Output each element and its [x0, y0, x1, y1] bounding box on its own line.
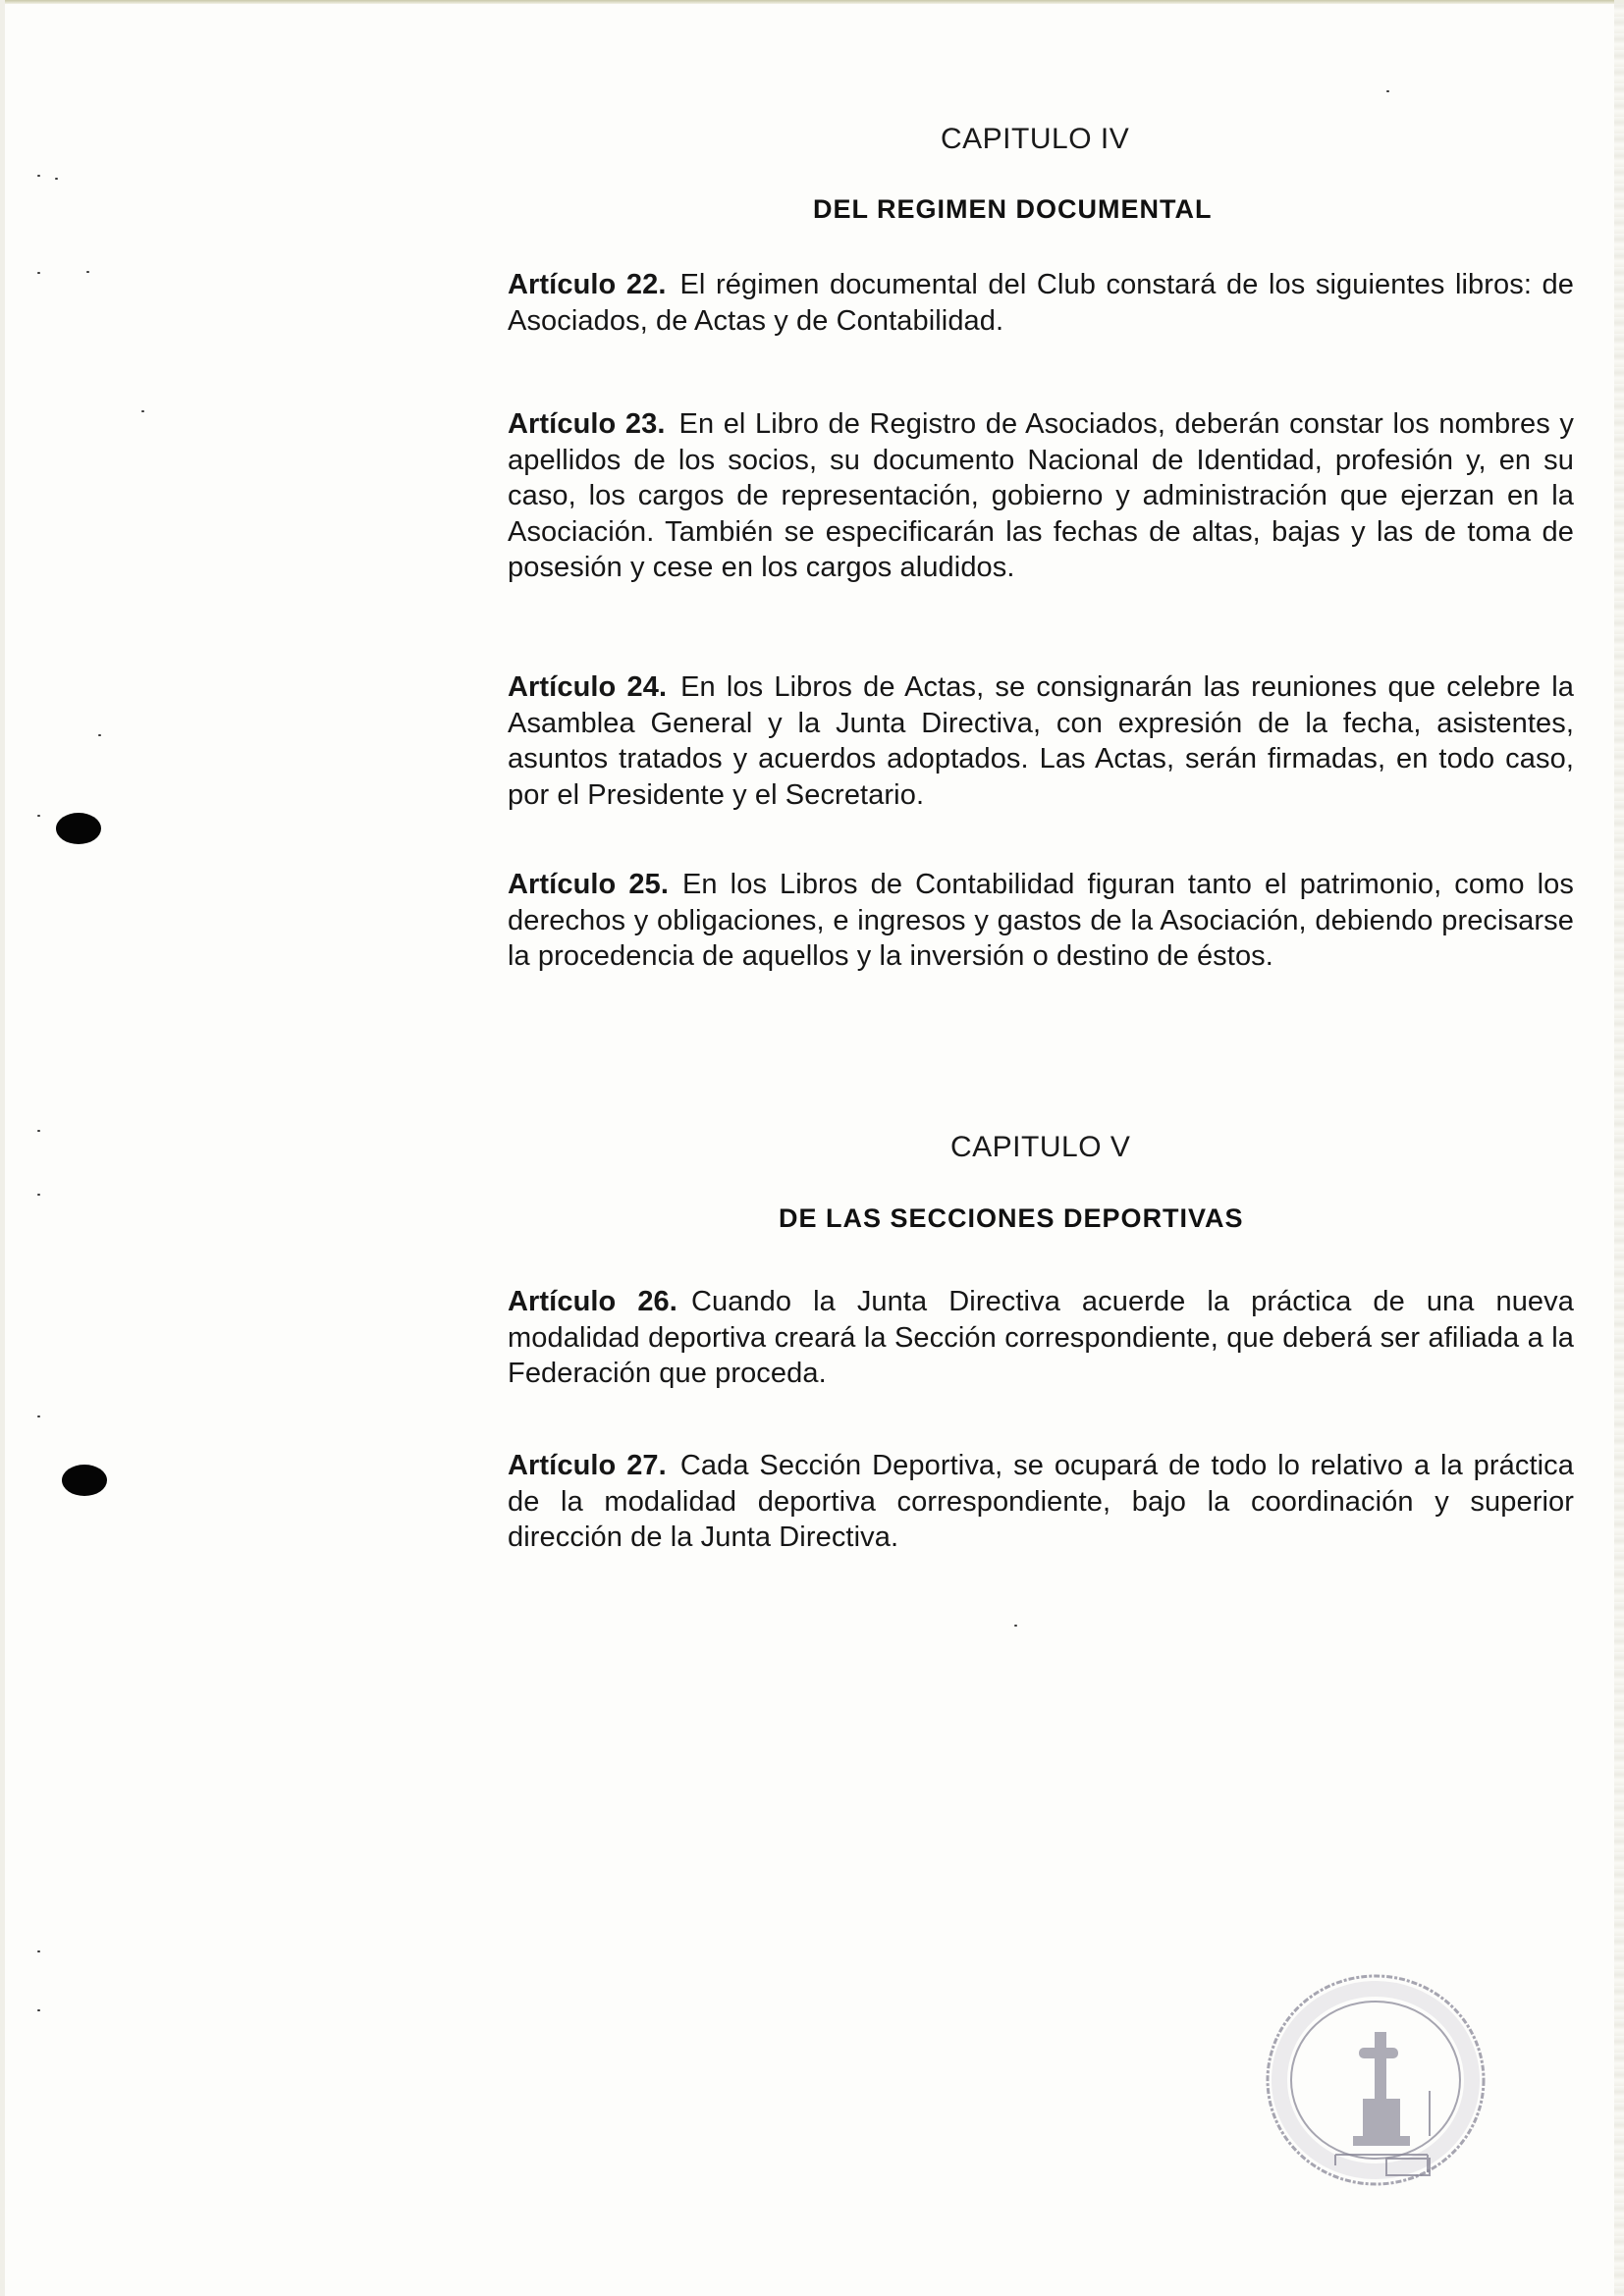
scan-speck: [141, 410, 144, 412]
article-25: Artículo 25.En los Libros de Contabilida…: [508, 867, 1574, 975]
scan-speck: [37, 1950, 40, 1952]
scan-speck: [37, 272, 40, 274]
scan-right-edge: [1614, 0, 1624, 2296]
chapter-title: DE LAS SECCIONES DEPORTIVAS: [779, 1203, 1244, 1234]
chapter-heading: CAPITULO V: [950, 1131, 1130, 1164]
scan-speck: [37, 2009, 40, 2011]
scan-speck: [55, 178, 58, 180]
article-text: Cada Sección Deportiva, se ocupará de to…: [508, 1450, 1574, 1553]
article-24: Artículo 24.En los Libros de Actas, se c…: [508, 669, 1574, 813]
article-label: Artículo 23.: [508, 408, 666, 440]
article-text: En el Libro de Registro de Asociados, de…: [508, 408, 1574, 583]
scan-speck: [98, 734, 101, 736]
scan-speck: [37, 175, 40, 177]
scan-left-border: [0, 0, 5, 2296]
article-label: Artículo 24.: [508, 671, 667, 703]
punch-hole-upper: [56, 813, 101, 844]
scan-speck: [86, 271, 89, 273]
club-seal-stamp: [1247, 1961, 1496, 2197]
scan-speck: [37, 815, 40, 817]
chapter-heading: CAPITULO IV: [941, 123, 1129, 156]
punch-hole-lower: [62, 1465, 107, 1496]
scan-top-edge: [0, 0, 1624, 4]
scanned-page: CAPITULO IV DEL REGIMEN DOCUMENTAL Artíc…: [0, 0, 1624, 2296]
article-27: Artículo 27.Cada Sección Deportiva, se o…: [508, 1448, 1574, 1556]
article-text: El régimen documental del Club constará …: [508, 269, 1574, 337]
scan-speck: [37, 1130, 40, 1132]
article-26: Artículo 26.Cuando la Junta Directiva ac…: [508, 1284, 1574, 1392]
scan-speck: [1014, 1625, 1017, 1627]
article-label: Artículo 22.: [508, 269, 666, 300]
scan-speck: [37, 1194, 40, 1196]
article-23: Artículo 23.En el Libro de Registro de A…: [508, 406, 1574, 586]
article-text: En los Libros de Actas, se consignarán l…: [508, 671, 1574, 811]
article-22: Artículo 22.El régimen documental del Cl…: [508, 267, 1574, 339]
article-label: Artículo 25.: [508, 869, 669, 900]
article-label: Artículo 26.: [508, 1286, 677, 1317]
scan-speck: [1386, 90, 1389, 92]
chapter-title: DEL REGIMEN DOCUMENTAL: [813, 194, 1213, 225]
scan-speck: [37, 1415, 40, 1417]
cross-monument-seal-icon: [1247, 1961, 1496, 2197]
article-label: Artículo 27.: [508, 1450, 667, 1481]
